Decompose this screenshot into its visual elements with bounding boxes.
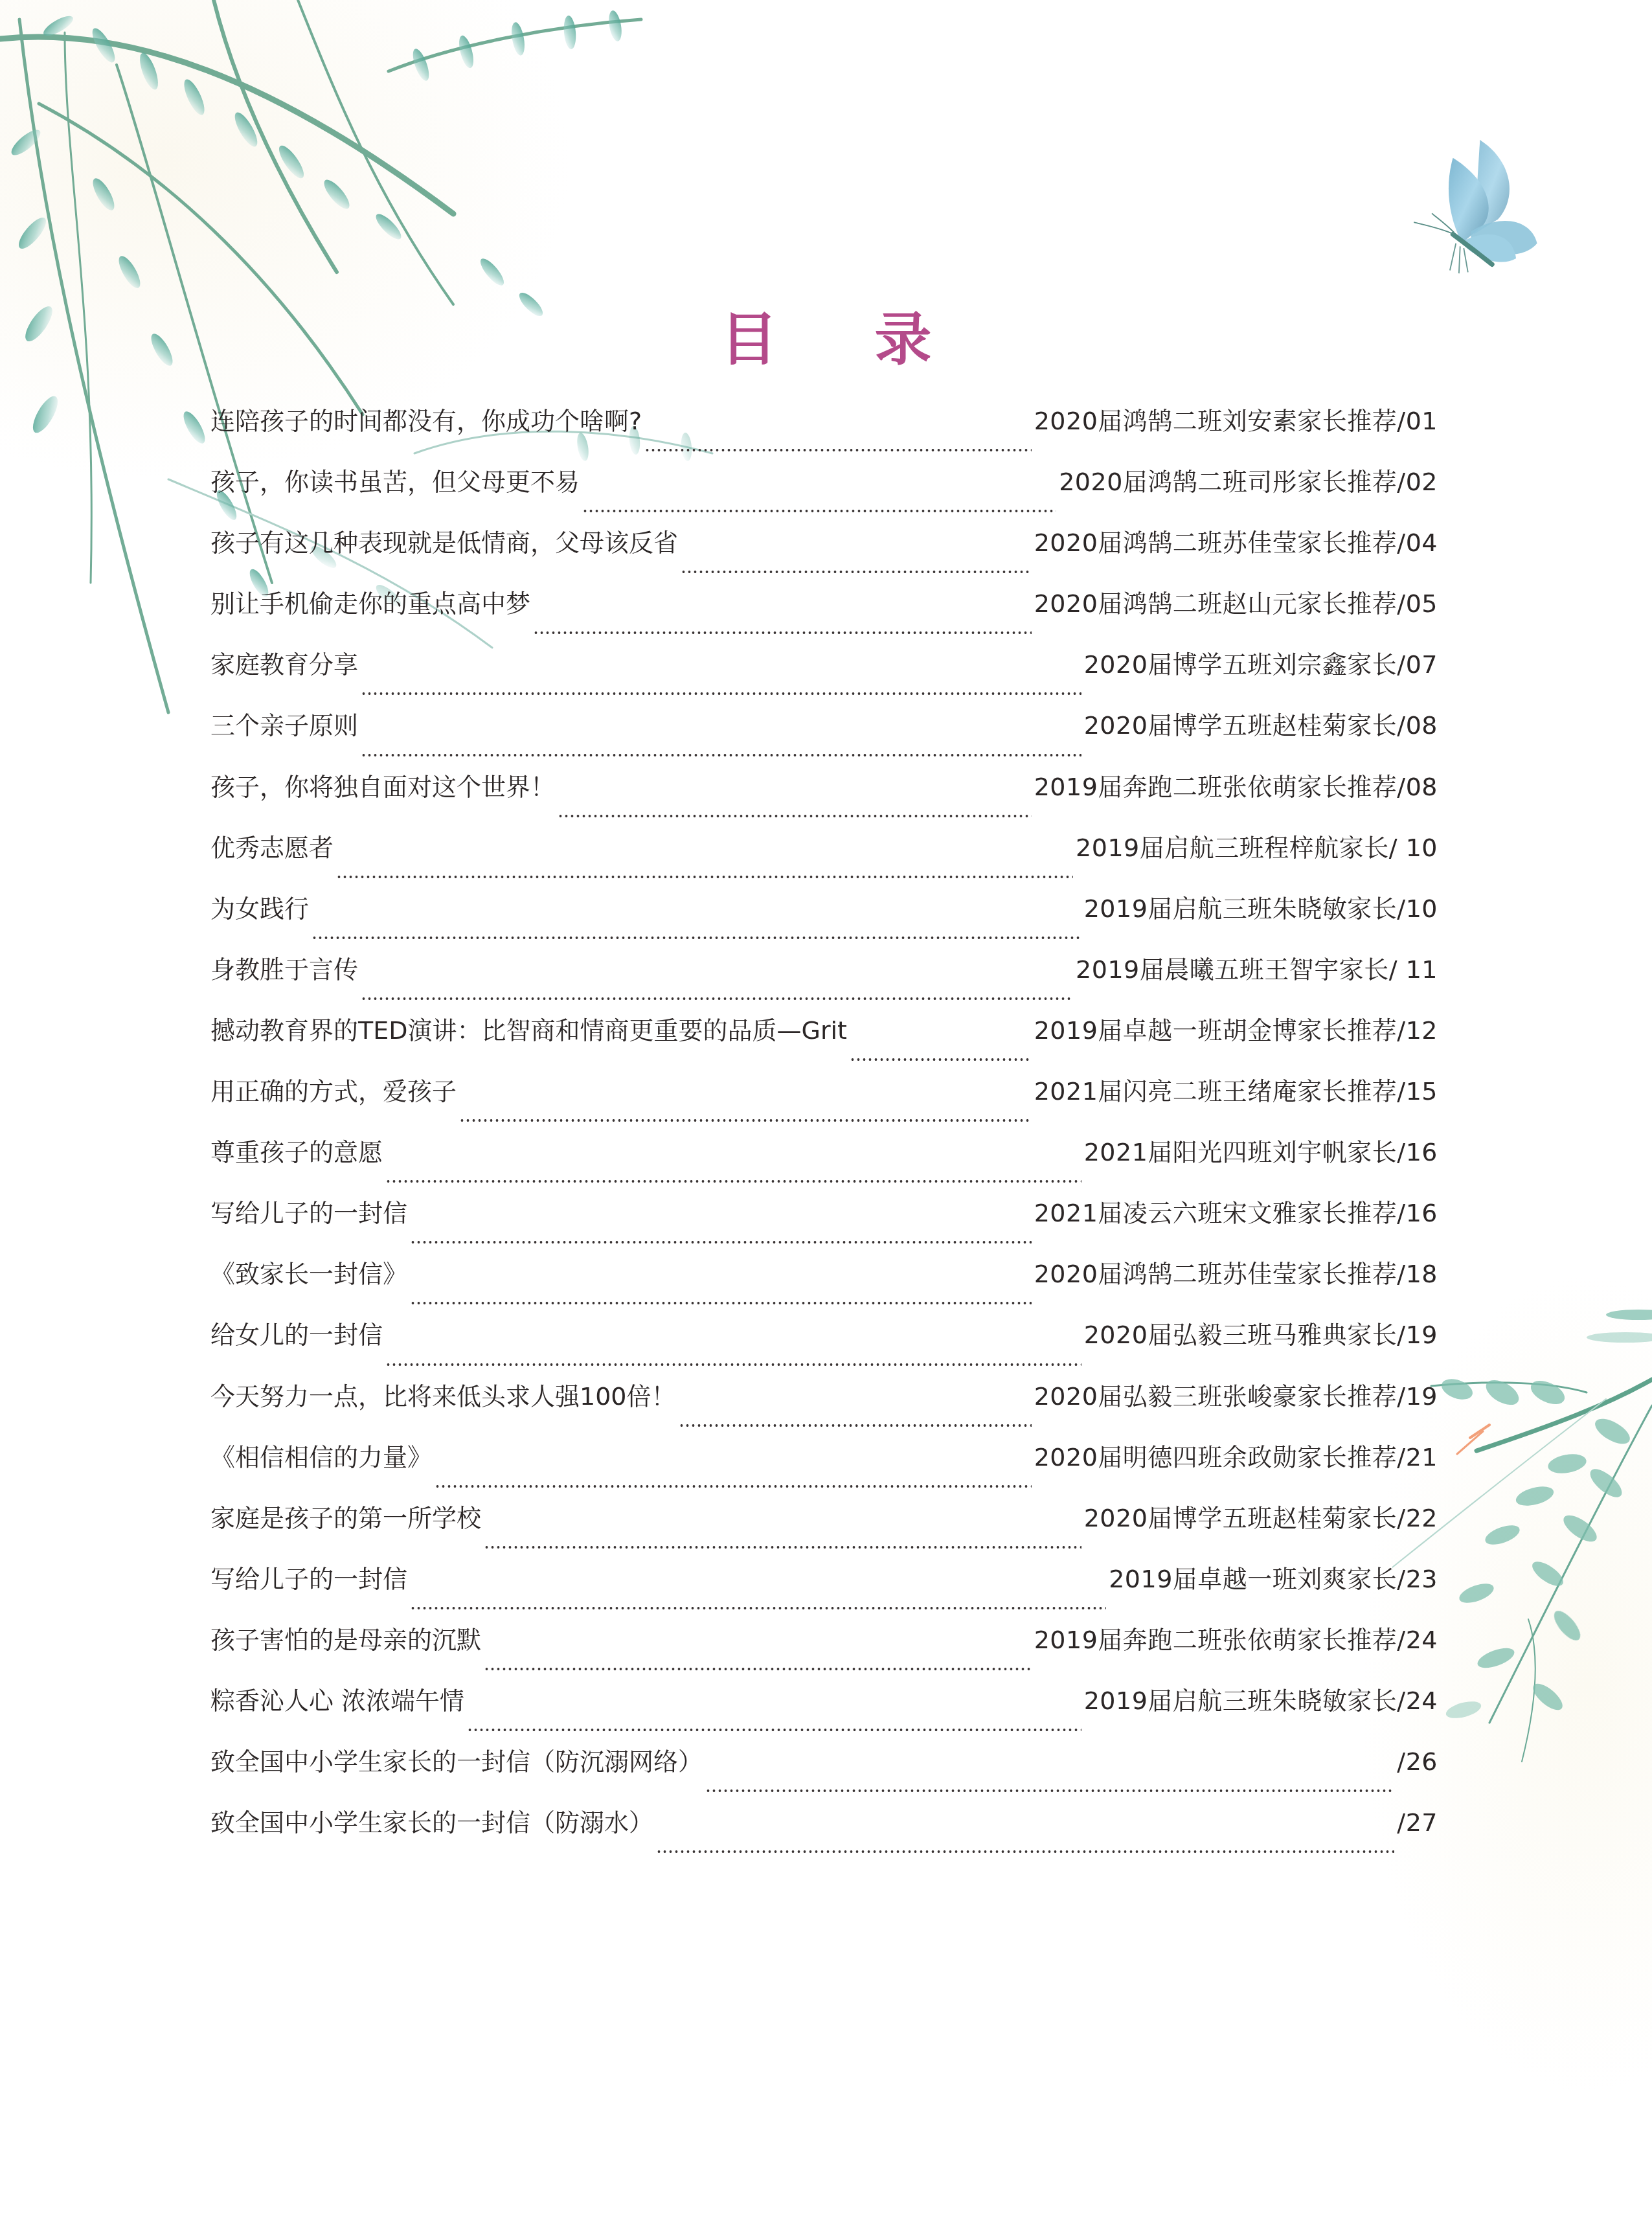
toc-entry-page: /24 [1397, 1622, 1438, 1658]
toc-entry-10[interactable]: 身教胜于言传 2019届晨曦五班王智宇家长/ 11 [210, 951, 1438, 1012]
toc-entry-attribution: 2020届明德四班余政勋家长推荐 [1034, 1439, 1397, 1475]
toc-entry-page: /10 [1397, 891, 1438, 927]
toc-entry-attribution: 2019届卓越一班刘爽家长 [1109, 1561, 1397, 1597]
dot-leader [385, 1363, 1081, 1367]
dot-leader [311, 936, 1081, 940]
dot-leader [467, 1728, 1081, 1732]
toc-entry-page: /12 [1397, 1012, 1438, 1049]
toc-entry-9[interactable]: 为女践行 2019届启航三班朱晓敏家长/10 [210, 891, 1438, 951]
toc-entry-page: /01 [1397, 403, 1438, 439]
toc-entry-title: 用正确的方式，爱孩子 [210, 1073, 457, 1109]
dot-leader [410, 1606, 1106, 1610]
toc-entry-page: /19 [1397, 1378, 1438, 1414]
toc-entry-title: 孩子，你将独自面对这个世界！ [210, 769, 555, 805]
toc-entry-12[interactable]: 用正确的方式，爱孩子 2021届闪亮二班王绪庵家长推荐/15 [210, 1073, 1438, 1134]
toc-entry-page: / 10 [1389, 830, 1438, 866]
toc-entry-attribution: 2020届博学五班赵桂菊家长 [1084, 707, 1397, 744]
toc-entry-title: 三个亲子原则 [210, 707, 358, 744]
toc-entry-page: /19 [1397, 1317, 1438, 1353]
toc-entry-title: 撼动教育界的TED演讲：比智商和情商更重要的品质—Grit [210, 1012, 847, 1049]
toc-entry-5[interactable]: 家庭教育分享 2020届博学五班刘宗鑫家长/07 [210, 646, 1438, 707]
toc-entry-page: /08 [1397, 707, 1438, 744]
toc-entry-20[interactable]: 写给儿子的一封信 2019届卓越一班刘爽家长/23 [210, 1561, 1438, 1622]
dot-leader [410, 1301, 1032, 1305]
toc-entry-title: 粽香沁人心 浓浓端午情 [210, 1683, 464, 1719]
toc-entry-attribution: 2019届晨曦五班王智宇家长 [1076, 951, 1389, 988]
toc-entry-17[interactable]: 今天努力一点，比将来低头求人强100倍！ 2020届弘毅三班张峻豪家长推荐/19 [210, 1378, 1438, 1439]
toc-entry-7[interactable]: 孩子，你将独自面对这个世界！ 2019届奔跑二班张依萌家长推荐/08 [210, 769, 1438, 830]
toc-entry-page: /15 [1397, 1073, 1438, 1109]
toc-entry-19[interactable]: 家庭是孩子的第一所学校 2020届博学五班赵桂菊家长/22 [210, 1500, 1438, 1561]
toc-entry-page: /23 [1397, 1561, 1438, 1597]
toc-entry-attribution: 2019届启航三班朱晓敏家长 [1084, 1683, 1397, 1719]
toc-entry-page: /04 [1397, 525, 1438, 561]
toc-entry-8[interactable]: 优秀志愿者 2019届启航三班程梓航家长/ 10 [210, 830, 1438, 891]
toc-entry-16[interactable]: 给女儿的一封信 2020届弘毅三班马雅典家长/19 [210, 1317, 1438, 1378]
toc-entry-attribution: 2020届博学五班刘宗鑫家长 [1084, 646, 1397, 683]
toc-entry-3[interactable]: 孩子有这几种表现就是低情商，父母该反省 2020届鸿鹄二班苏佳莹家长推荐/04 [210, 525, 1438, 585]
toc-entry-22[interactable]: 粽香沁人心 浓浓端午情 2019届启航三班朱晓敏家长/24 [210, 1683, 1438, 1743]
dot-leader [484, 1545, 1081, 1549]
toc-entry-attribution: 2019届奔跑二班张依萌家长推荐 [1034, 769, 1397, 805]
toc-entry-2[interactable]: 孩子，你读书虽苦，但父母更不易 2020届鸿鹄二班司彤家长推荐/02 [210, 464, 1438, 525]
toc-entry-title: 给女儿的一封信 [210, 1317, 383, 1353]
toc-entry-title: 《相信相信的力量》 [210, 1439, 432, 1475]
toc-entry-attribution: 2020届鸿鹄二班赵山元家长推荐 [1034, 585, 1397, 622]
toc-entry-title: 《致家长一封信》 [210, 1256, 407, 1292]
toc-entry-title: 写给儿子的一封信 [210, 1195, 407, 1231]
toc-entry-title: 孩子有这几种表现就是低情商，父母该反省 [210, 525, 678, 561]
toc-entry-attribution: 2020届弘毅三班马雅典家长 [1084, 1317, 1397, 1353]
toc-entry-page: /27 [1397, 1804, 1438, 1841]
toc-entry-page: /07 [1397, 646, 1438, 683]
toc-entry-page: /26 [1397, 1743, 1438, 1780]
page-title-char-1: 目 [720, 294, 777, 376]
toc-entry-title: 孩子，你读书虽苦，但父母更不易 [210, 464, 580, 500]
dot-leader [681, 570, 1032, 574]
dot-leader [361, 997, 1073, 1001]
page-title: 目录 [0, 294, 1652, 376]
toc-entry-attribution: 2020届鸿鹄二班司彤家长推荐 [1059, 464, 1397, 500]
toc-entry-attribution: 2019届启航三班朱晓敏家长 [1084, 891, 1397, 927]
toc-entry-title: 家庭是孩子的第一所学校 [210, 1500, 481, 1536]
toc-entry-title: 家庭教育分享 [210, 646, 358, 683]
toc-entry-attribution: 2020届鸿鹄二班苏佳莹家长推荐 [1034, 525, 1397, 561]
toc-entry-11[interactable]: 撼动教育界的TED演讲：比智商和情商更重要的品质—Grit 2019届卓越一班胡… [210, 1012, 1438, 1073]
toc-entry-14[interactable]: 写给儿子的一封信 2021届凌云六班宋文雅家长推荐/16 [210, 1195, 1438, 1256]
toc-entry-title: 致全国中小学生家长的一封信（防沉溺网络） [210, 1743, 703, 1780]
dot-leader [484, 1667, 1032, 1671]
toc-entry-attribution: 2019届奔跑二班张依萌家长推荐 [1034, 1622, 1397, 1658]
toc-entry-title: 孩子害怕的是母亲的沉默 [210, 1622, 481, 1658]
dot-leader [361, 692, 1081, 696]
dot-leader [385, 1179, 1081, 1183]
toc-entry-6[interactable]: 三个亲子原则 2020届博学五班赵桂菊家长/08 [210, 707, 1438, 768]
toc-entry-title: 致全国中小学生家长的一封信（防溺水） [210, 1804, 653, 1841]
dot-leader [410, 1240, 1032, 1244]
dot-leader [656, 1850, 1394, 1854]
toc-entry-title: 尊重孩子的意愿 [210, 1134, 383, 1170]
toc-entry-attribution: 2020届博学五班赵桂菊家长 [1084, 1500, 1397, 1536]
toc-entry-attribution: 2020届鸿鹄二班苏佳莹家长推荐 [1034, 1256, 1397, 1292]
toc-entry-attribution: 2020届鸿鹄二班刘安素家长推荐 [1034, 403, 1397, 439]
dot-leader [459, 1119, 1032, 1122]
dot-leader [705, 1789, 1394, 1793]
toc-entry-1[interactable]: 连陪孩子的时间都没有，你成功个啥啊? 2020届鸿鹄二班刘安素家长推荐/01 [210, 403, 1438, 464]
toc-entry-18[interactable]: 《相信相信的力量》 2020届明德四班余政勋家长推荐/21 [210, 1439, 1438, 1500]
toc-entry-title: 身教胜于言传 [210, 951, 358, 988]
dot-leader [850, 1058, 1032, 1062]
toc-entry-24[interactable]: 致全国中小学生家长的一封信（防溺水） /27 [210, 1804, 1438, 1865]
dot-leader [582, 509, 1056, 513]
dot-leader [558, 814, 1032, 818]
toc-entry-23[interactable]: 致全国中小学生家长的一封信（防沉溺网络） /26 [210, 1743, 1438, 1804]
toc-entry-title: 写给儿子的一封信 [210, 1561, 407, 1597]
toc-entry-page: /02 [1397, 464, 1438, 500]
toc-entry-title: 优秀志愿者 [210, 830, 334, 866]
toc-entry-21[interactable]: 孩子害怕的是母亲的沉默 2019届奔跑二班张依萌家长推荐/24 [210, 1622, 1438, 1683]
toc-entry-attribution: 2021届阳光四班刘宇帆家长 [1084, 1134, 1397, 1170]
toc-entry-attribution: 2019届启航三班程梓航家长 [1076, 830, 1389, 866]
dot-leader [679, 1424, 1032, 1427]
toc-entry-page: /08 [1397, 769, 1438, 805]
toc-entry-page: /22 [1397, 1500, 1438, 1536]
page-title-char-2: 录 [875, 294, 932, 376]
dot-leader [644, 448, 1031, 452]
toc-entry-title: 今天努力一点，比将来低头求人强100倍！ [210, 1378, 676, 1414]
toc-entry-title: 连陪孩子的时间都没有，你成功个啥啊? [210, 403, 642, 439]
toc-entry-attribution: 2021届闪亮二班王绪庵家长推荐 [1034, 1073, 1397, 1109]
dot-leader [533, 631, 1032, 635]
toc-entry-page: /16 [1397, 1195, 1438, 1231]
table-of-contents: 连陪孩子的时间都没有，你成功个啥啊? 2020届鸿鹄二班刘安素家长推荐/01 孩… [210, 403, 1438, 1865]
toc-entry-page: /18 [1397, 1256, 1438, 1292]
toc-entry-page: /16 [1397, 1134, 1438, 1170]
toc-entry-attribution: 2019届卓越一班胡金博家长推荐 [1034, 1012, 1397, 1049]
toc-entry-page: /21 [1397, 1439, 1438, 1475]
dot-leader [361, 753, 1081, 757]
toc-entry-4[interactable]: 别让手机偷走你的重点高中梦 2020届鸿鹄二班赵山元家长推荐/05 [210, 585, 1438, 646]
toc-entry-title: 为女践行 [210, 891, 309, 927]
toc-entry-attribution: 2020届弘毅三班张峻豪家长推荐 [1034, 1378, 1397, 1414]
toc-entry-attribution: 2021届凌云六班宋文雅家长推荐 [1034, 1195, 1397, 1231]
dot-leader [336, 875, 1073, 879]
toc-entry-page: / 11 [1389, 951, 1438, 988]
toc-entry-15[interactable]: 《致家长一封信》 2020届鸿鹄二班苏佳莹家长推荐/18 [210, 1256, 1438, 1317]
toc-entry-title: 别让手机偷走你的重点高中梦 [210, 585, 530, 622]
toc-entry-13[interactable]: 尊重孩子的意愿 2021届阳光四班刘宇帆家长/16 [210, 1134, 1438, 1195]
toc-entry-page: /24 [1397, 1683, 1438, 1719]
dot-leader [435, 1484, 1032, 1488]
toc-entry-page: /05 [1397, 585, 1438, 622]
